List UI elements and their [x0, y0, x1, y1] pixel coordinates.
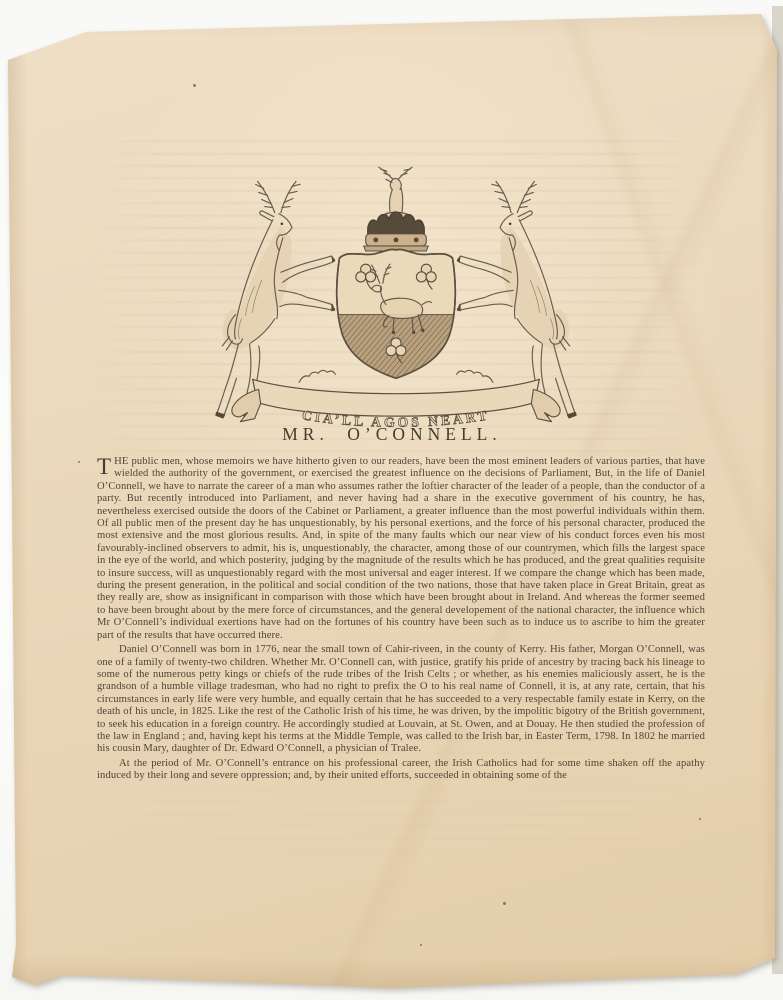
grass-tuft-icon	[299, 370, 335, 382]
paragraph-1-text: HE public men, whose memoirs we have hit…	[97, 456, 705, 641]
grass-tuft-icon	[457, 370, 493, 382]
paper-speck	[503, 902, 506, 905]
paragraph-2: Daniel O’Connell was born in 1776, near …	[97, 644, 705, 756]
paragraph-1: THE public men, whose memoirs we have hi…	[97, 456, 705, 642]
document-page: CIA’LL AGOS NEART MR. O’CONNELL. THE pub…	[6, 8, 778, 990]
crest-stag-head-icon	[379, 167, 412, 211]
stag-supporter-left	[215, 181, 335, 418]
scanned-sheet-wrapper: CIA’LL AGOS NEART MR. O’CONNELL. THE pub…	[0, 0, 783, 1000]
oconnell-coat-of-arms: CIA’LL AGOS NEART	[194, 165, 598, 433]
motto-ribbon: CIA’LL AGOS NEART	[232, 379, 560, 430]
coronet-icon	[364, 212, 429, 251]
paragraph-3: At the period of Mr. O’Connell’s entranc…	[97, 758, 705, 783]
stag-supporter-right	[457, 181, 577, 418]
paper-speck	[699, 818, 701, 820]
paper-speck	[78, 461, 80, 463]
page-title: MR. O’CONNELL.	[6, 424, 778, 445]
dropcap-letter: T	[97, 456, 114, 477]
paper-speck	[193, 84, 196, 87]
paper-speck	[420, 944, 422, 946]
article-text: THE public men, whose memoirs we have hi…	[97, 456, 705, 785]
